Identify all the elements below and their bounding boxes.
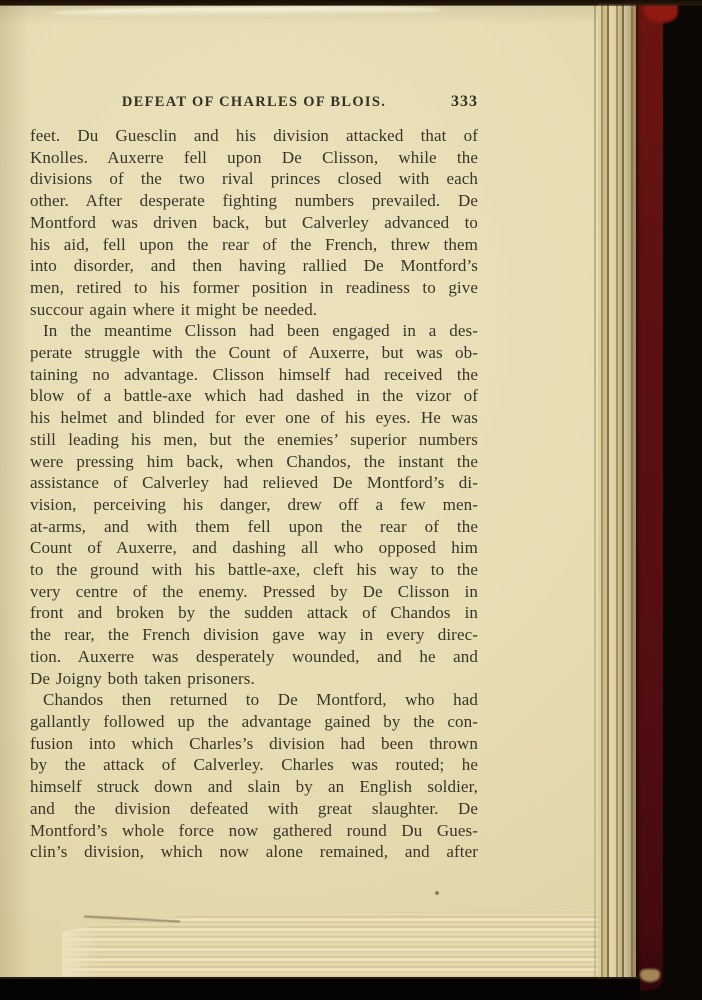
top-edge-shadow (0, 0, 702, 6)
text-line: the rear, the French division gave way i… (30, 624, 478, 646)
text-line: assistance of Calverley had relieved De … (30, 472, 478, 494)
bottom-shadow (0, 977, 640, 1000)
text-line: Montford’s whole force now gathered roun… (30, 820, 478, 842)
text-line: perate struggle with the Count of Auxerr… (30, 342, 478, 364)
text-line: taining no advantage. Clisson himself ha… (30, 364, 478, 386)
text-line: were pressing him back, when Chandos, th… (30, 451, 478, 473)
text-line: at-arms, and with them fell upon the rea… (30, 516, 478, 538)
book-photo: DEFEAT OF CHARLES OF BLOIS. 333 feet. Du… (0, 0, 702, 1000)
text-line: Montford was driven back, but Calverley … (30, 212, 478, 234)
text-line: into disorder, and then having rallied D… (30, 255, 478, 277)
text-line: front and broken by the sudden attack of… (30, 602, 478, 624)
text-line: and the division defeated with great sla… (30, 798, 478, 820)
text-line: to the ground with his battle-axe, cleft… (30, 559, 478, 581)
page-number: 333 (451, 93, 478, 111)
text-line: Chandos then returned to De Montford, wh… (30, 689, 478, 711)
text-line: very centre of the enemy. Pressed by De … (30, 581, 478, 603)
text-line: succour again where it might be needed. (30, 299, 478, 321)
text-line: still leading his men, but the enemies’ … (30, 429, 478, 451)
text-line: De Joigny both taken prisoners. (30, 668, 478, 690)
page-fore-edge (598, 2, 636, 982)
text-line: by the attack of Calverley. Charles was … (30, 754, 478, 776)
top-page-curl (52, 5, 442, 17)
text-line: himself struck down and slain by an Engl… (30, 776, 478, 798)
book-page: DEFEAT OF CHARLES OF BLOIS. 333 feet. Du… (0, 5, 598, 978)
text-line: feet. Du Guesclin and his division attac… (30, 125, 478, 147)
text-line: Knolles. Auxerre fell upon De Clisson, w… (30, 147, 478, 169)
text-line: fusion into which Charles’s division had… (30, 733, 478, 755)
text-line: tion. Auxerre was desperately wounded, a… (30, 646, 478, 668)
text-line: other. After desperate fighting numbers … (30, 190, 478, 212)
book-cover-edge (636, 0, 663, 991)
cover-corner (640, 969, 660, 982)
text-line: his helmet and blinded for ever one of h… (30, 407, 478, 429)
text-line: In the meantime Clisson had been engaged… (30, 320, 478, 342)
paper-speck (435, 891, 439, 895)
text-line: his aid, fell upon the rear of the Frenc… (30, 234, 478, 256)
page-header: DEFEAT OF CHARLES OF BLOIS. 333 (30, 94, 478, 114)
text-line: clin’s division, which now alone remaine… (30, 841, 478, 863)
text-line: blow of a battle-axe which had dashed in… (30, 385, 478, 407)
text-line: divisions of the two rival princes close… (30, 168, 478, 190)
page-text: feet. Du Guesclin and his division attac… (30, 125, 478, 863)
text-line: gallantly followed up the advantage gain… (30, 711, 478, 733)
running-header: DEFEAT OF CHARLES OF BLOIS. (30, 94, 478, 111)
text-line: Count of Auxerre, and dashing all who op… (30, 537, 478, 559)
text-line: men, retired to his former position in r… (30, 277, 478, 299)
text-line: vision, perceiving his danger, drew off … (30, 494, 478, 516)
